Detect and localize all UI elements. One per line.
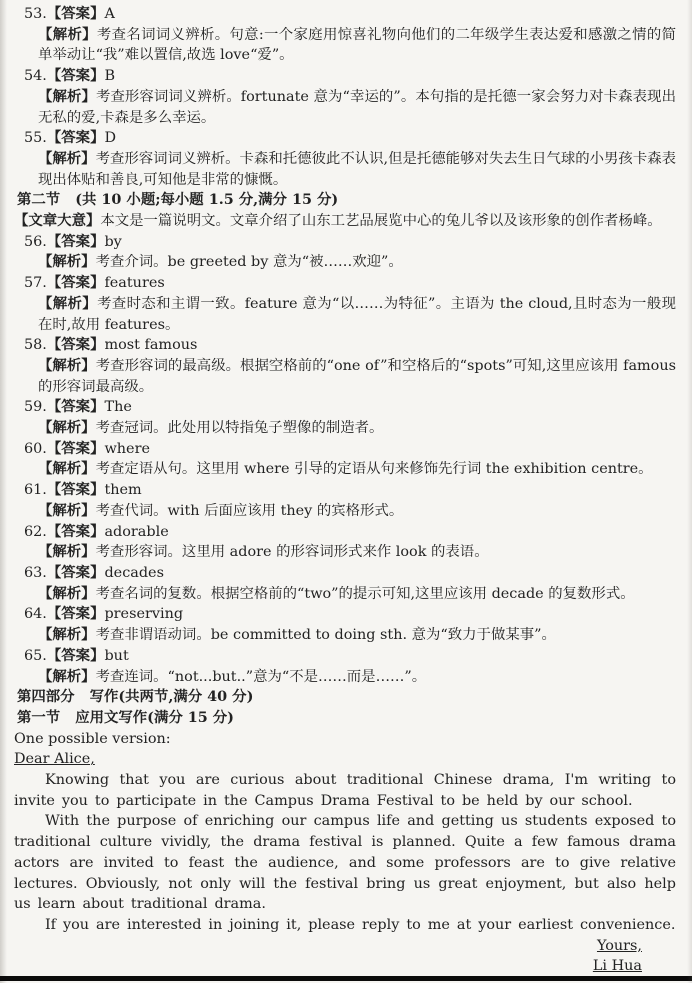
analysis-tag: 【解析】 (38, 668, 96, 685)
analysis-tag: 【解析】 (38, 295, 97, 312)
answer-line: 57.【答案】features (12, 273, 676, 294)
question-number: 61. (24, 482, 47, 498)
letter-paragraph-3: If you are interested in joining it, ple… (12, 915, 676, 936)
analysis-text: 考查非谓语动词。be committed to doing sth. 意为“致力… (96, 627, 556, 643)
section1-title: 第一节 (17, 709, 60, 726)
analysis-text: 考查连词。“not...but..”意为“不是……而是……”。 (96, 669, 427, 685)
letter-salutation-text: Dear Alice, (14, 751, 95, 767)
answer-item-55: 55.【答案】D 【解析】考查形容词词义辨析。卡森和托德彼此不认识,但是托德能够… (12, 128, 676, 190)
answer-tag: 【答案】 (47, 647, 105, 664)
analysis-text: 考查形容词。这里用 adore 的形容词形式来作 look 的表语。 (96, 544, 489, 560)
letter-paragraph-2: With the purpose of enriching our campus… (12, 811, 676, 915)
answer-value: most famous (104, 337, 197, 353)
answer-value: adorable (104, 524, 168, 540)
analysis-text: 考查形容词词义辨析。卡森和托德彼此不认识,但是托德能够对失去生日气球的小男孩卡森… (38, 151, 676, 188)
answer-tag: 【答案】 (47, 67, 105, 84)
analysis-line: 【解析】考查非谓语动词。be committed to doing sth. 意… (12, 625, 676, 646)
answer-tag: 【答案】 (47, 440, 105, 457)
analysis-text: 考查名词的复数。根据空格前的“two”的提示可知,这里应该用 decade 的复… (96, 586, 635, 602)
analysis-line: 【解析】考查名词的复数。根据空格前的“two”的提示可知,这里应该用 decad… (12, 584, 676, 605)
section2-title: 第二节 (17, 191, 60, 208)
analysis-text: 考查形容词的最高级。根据空格前的“one of”和空格后的“spots”可知,这… (38, 358, 676, 395)
answer-tag: 【答案】 (47, 129, 105, 146)
answer-item-57: 57.【答案】features 【解析】考查时态和主谓一致。feature 意为… (12, 273, 676, 335)
answer-line: 64.【答案】preserving (12, 604, 676, 625)
analysis-line: 【解析】考查形容词。这里用 adore 的形容词形式来作 look 的表语。 (12, 542, 676, 563)
answer-line: 62.【答案】adorable (12, 522, 676, 543)
question-number: 60. (24, 441, 47, 457)
analysis-tag: 【解析】 (38, 543, 96, 560)
answer-tag: 【答案】 (47, 605, 105, 622)
analysis-line: 【解析】考查形容词词义辨析。fortunate 意为“幸运的”。本句指的是托德一… (12, 87, 676, 128)
answer-line: 56.【答案】by (12, 232, 676, 253)
answer-value: D (104, 130, 116, 146)
answer-value: where (104, 441, 150, 457)
answer-item-64: 64.【答案】preserving 【解析】考查非谓语动词。be committ… (12, 604, 676, 645)
section2-header: 第二节(共 10 小题;每小题 1.5 分,满分 15 分) (12, 190, 676, 211)
answer-line: 59.【答案】The (12, 397, 676, 418)
analysis-text: 考查介词。be greeted by 意为“被……欢迎”。 (96, 254, 403, 270)
letter-salutation: Dear Alice, (12, 749, 676, 770)
answer-line: 65.【答案】but (12, 646, 676, 667)
analysis-tag: 【解析】 (38, 357, 96, 374)
answer-line: 63.【答案】decades (12, 563, 676, 584)
answer-item-60: 60.【答案】where 【解析】考查定语从句。这里用 where 引导的定语从… (12, 439, 676, 480)
analysis-line: 【解析】考查形容词词义辨析。卡森和托德彼此不认识,但是托德能够对失去生日气球的小… (12, 149, 676, 190)
analysis-tag: 【解析】 (38, 502, 96, 519)
answer-key-page: 53.【答案】A 【解析】考查名词词义辨析。句意:一个家庭用惊喜礼物向他们的二年… (0, 0, 692, 983)
passage-summary-tag: 【文章大意】 (14, 212, 100, 229)
question-number: 59. (24, 399, 47, 415)
letter-closing: Yours, (12, 936, 676, 957)
answer-line: 60.【答案】where (12, 439, 676, 460)
answer-value: features (104, 275, 164, 291)
answer-line: 61.【答案】them (12, 480, 676, 501)
question-number: 54. (24, 68, 47, 84)
answer-line: 55.【答案】D (12, 128, 676, 149)
answer-value: preserving (104, 606, 183, 622)
analysis-line: 【解析】考查时态和主谓一致。feature 意为“以……为特征”。主语为 the… (12, 294, 676, 335)
analysis-text: 考查名词词义辨析。句意:一个家庭用惊喜礼物向他们的二年级学生表达爱和感激之情的简… (38, 27, 676, 64)
analysis-text: 考查冠词。此处用以特指兔子塑像的制造者。 (96, 420, 384, 436)
analysis-tag: 【解析】 (38, 419, 96, 436)
analysis-line: 【解析】考查代词。with 后面应该用 they 的宾格形式。 (12, 501, 676, 522)
answer-value: A (104, 6, 114, 22)
answer-item-62: 62.【答案】adorable 【解析】考查形容词。这里用 adore 的形容词… (12, 522, 676, 563)
question-number: 63. (24, 565, 47, 581)
analysis-tag: 【解析】 (38, 26, 97, 43)
answer-tag: 【答案】 (47, 274, 105, 291)
section1-meta: 应用文写作(满分 15 分) (75, 709, 234, 726)
answer-item-63: 63.【答案】decades 【解析】考查名词的复数。根据空格前的“two”的提… (12, 563, 676, 604)
answer-line: 53.【答案】A (12, 4, 676, 25)
analysis-line: 【解析】考查形容词的最高级。根据空格前的“one of”和空格后的“spots”… (12, 356, 676, 397)
analysis-tag: 【解析】 (38, 150, 96, 167)
passage-summary: 【文章大意】本文是一篇说明文。文章介绍了山东工艺品展览中心的兔儿爷以及该形象的创… (12, 211, 676, 232)
question-number: 55. (24, 130, 47, 146)
analysis-line: 【解析】考查冠词。此处用以特指兔子塑像的制造者。 (12, 418, 676, 439)
section2-meta: (共 10 小题;每小题 1.5 分,满分 15 分) (75, 191, 338, 208)
answer-line: 58.【答案】most famous (12, 335, 676, 356)
answer-value: by (104, 234, 121, 250)
answer-item-61: 61.【答案】them 【解析】考查代词。with 后面应该用 they 的宾格… (12, 480, 676, 521)
essay-intro: One possible version: (12, 729, 676, 750)
answer-tag: 【答案】 (47, 336, 105, 353)
question-number: 56. (24, 234, 47, 250)
question-number: 62. (24, 524, 47, 540)
part4-meta: 写作(共两节,满分 40 分) (90, 688, 254, 705)
analysis-tag: 【解析】 (38, 253, 96, 270)
analysis-text: 考查代词。with 后面应该用 they 的宾格形式。 (96, 503, 404, 519)
answer-tag: 【答案】 (47, 564, 105, 581)
answer-item-54: 54.【答案】B 【解析】考查形容词词义辨析。fortunate 意为“幸运的”… (12, 66, 676, 128)
analysis-tag: 【解析】 (38, 460, 96, 477)
answer-value: but (104, 648, 128, 664)
answer-item-56: 56.【答案】by 【解析】考查介词。be greeted by 意为“被……欢… (12, 232, 676, 273)
question-number: 57. (24, 275, 47, 291)
answer-tag: 【答案】 (47, 5, 105, 22)
part4-title: 第四部分 (17, 688, 75, 705)
question-number: 58. (24, 337, 47, 353)
analysis-tag: 【解析】 (38, 88, 96, 105)
answer-item-53: 53.【答案】A 【解析】考查名词词义辨析。句意:一个家庭用惊喜礼物向他们的二年… (12, 4, 676, 66)
question-number: 65. (24, 648, 47, 664)
page-bottom-rule (0, 976, 692, 981)
analysis-tag: 【解析】 (38, 626, 96, 643)
section1-header: 第一节应用文写作(满分 15 分) (12, 708, 676, 729)
analysis-text: 考查定语从句。这里用 where 引导的定语从句来修饰先行词 the exhib… (96, 461, 653, 477)
analysis-tag: 【解析】 (38, 585, 96, 602)
answer-tag: 【答案】 (47, 481, 105, 498)
letter-signature: Li Hua (12, 956, 676, 977)
letter-signature-text: Li Hua (593, 958, 642, 974)
answer-item-58: 58.【答案】most famous 【解析】考查形容词的最高级。根据空格前的“… (12, 335, 676, 397)
question-number: 64. (24, 606, 47, 622)
answer-line: 54.【答案】B (12, 66, 676, 87)
part4-header: 第四部分写作(共两节,满分 40 分) (12, 687, 676, 708)
analysis-line: 【解析】考查名词词义辨析。句意:一个家庭用惊喜礼物向他们的二年级学生表达爱和感激… (12, 25, 676, 66)
answer-item-65: 65.【答案】but 【解析】考查连词。“not...but..”意为“不是……… (12, 646, 676, 687)
analysis-text: 考查时态和主谓一致。feature 意为“以……为特征”。主语为 the clo… (38, 296, 676, 333)
analysis-line: 【解析】考查定语从句。这里用 where 引导的定语从句来修饰先行词 the e… (12, 459, 676, 480)
letter-closing-text: Yours, (597, 938, 642, 954)
analysis-line: 【解析】考查连词。“not...but..”意为“不是……而是……”。 (12, 667, 676, 688)
answer-value: B (104, 68, 115, 84)
analysis-line: 【解析】考查介词。be greeted by 意为“被……欢迎”。 (12, 252, 676, 273)
answer-item-59: 59.【答案】The 【解析】考查冠词。此处用以特指兔子塑像的制造者。 (12, 397, 676, 438)
answer-tag: 【答案】 (47, 523, 105, 540)
analysis-text: 考查形容词词义辨析。fortunate 意为“幸运的”。本句指的是托德一家会努力… (38, 89, 676, 126)
answer-value: The (104, 399, 131, 415)
answer-tag: 【答案】 (47, 398, 105, 415)
answer-value: them (104, 482, 141, 498)
letter-paragraph-1: Knowing that you are curious about tradi… (12, 770, 676, 811)
question-number: 53. (24, 6, 47, 22)
answer-tag: 【答案】 (47, 233, 105, 250)
passage-summary-text: 本文是一篇说明文。文章介绍了山东工艺品展览中心的兔儿爷以及该形象的创作者杨峰。 (100, 213, 661, 229)
answer-value: decades (104, 565, 163, 581)
